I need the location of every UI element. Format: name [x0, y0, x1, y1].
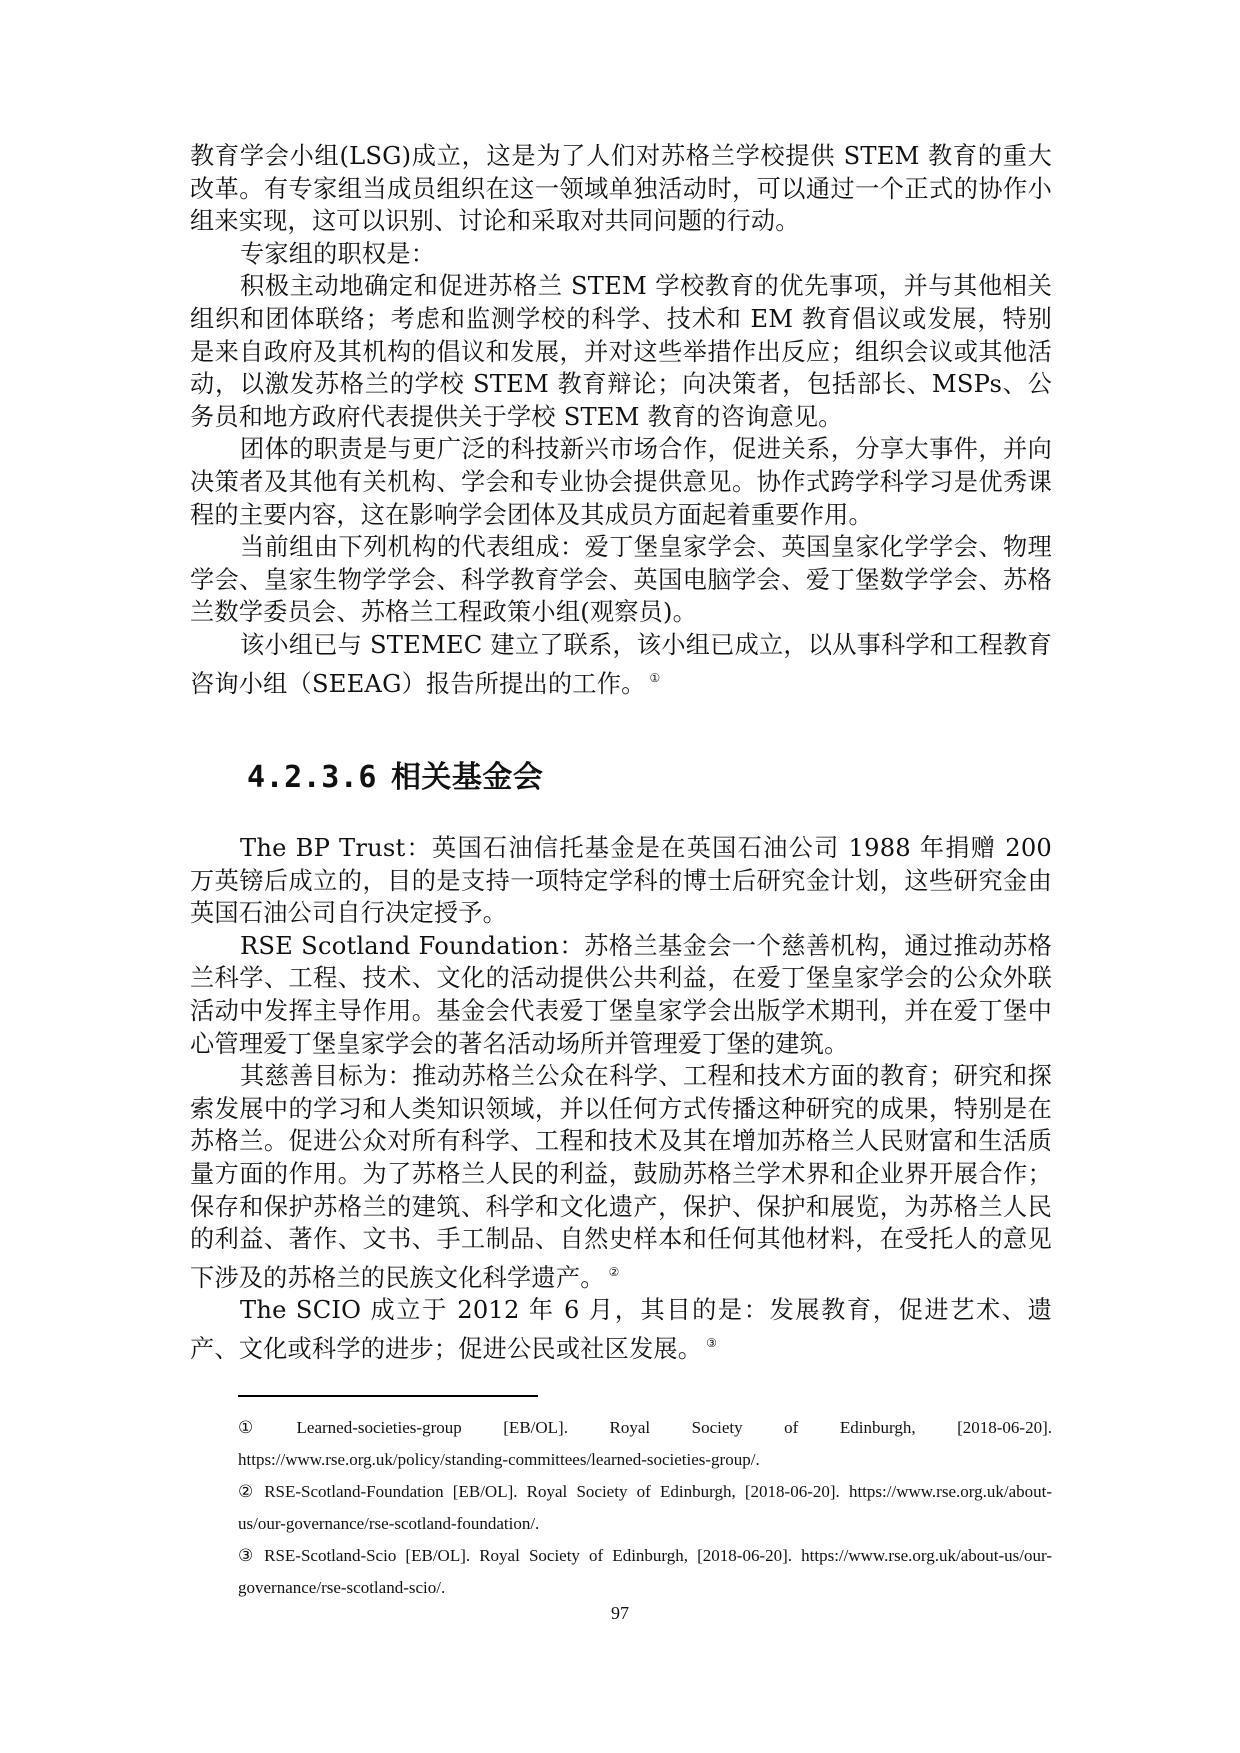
heading-title: 相关基金会 — [391, 760, 544, 795]
footnote-text: Learned-societies-group [EB/OL]. Royal S… — [238, 1418, 1052, 1469]
footnote-mark: ② — [238, 1482, 258, 1501]
footnote-divider — [238, 1395, 538, 1397]
footnotes: ①Learned-societies-group [EB/OL]. Royal … — [238, 1412, 1052, 1604]
foundations-section: The BP Trust：英国石油信托基金是在英国石油公司 1988 年捐赠 2… — [190, 832, 1052, 1366]
footnote-text: RSE-Scotland-Foundation [EB/OL]. Royal S… — [238, 1482, 1052, 1533]
section-heading: 4.2.3.6相关基金会 — [247, 752, 543, 796]
footnote-ref[interactable]: ① — [650, 671, 661, 685]
paragraph: The BP Trust：英国石油信托基金是在英国石油公司 1988 年捐赠 2… — [190, 832, 1052, 930]
footnote-mark: ① — [238, 1418, 291, 1437]
paragraph: RSE Scotland Foundation：苏格兰基金会一个慈善机构，通过推… — [190, 930, 1052, 1060]
footnote-ref[interactable]: ③ — [706, 1336, 717, 1350]
footnote-item: ③RSE-Scotland-Scio [EB/OL]. Royal Societ… — [238, 1540, 1052, 1604]
page-number: 97 — [0, 1603, 1240, 1624]
footnote-mark: ③ — [238, 1546, 258, 1565]
top-section: 教育学会小组(LSG)成立，这是为了人们对苏格兰学校提供 STEM 教育的重大改… — [190, 140, 1052, 700]
paragraph: 该小组已与 STEMEC 建立了联系，该小组已成立，以从事科学和工程教育咨询小组… — [190, 629, 1052, 700]
paragraph-text: The SCIO 成立于 2012 年 6 月，其目的是：发展教育，促进艺术、遗… — [190, 1296, 1052, 1363]
paragraph: 积极主动地确定和促进苏格兰 STEM 学校教育的优先事项，并与其他相关组织和团体… — [190, 270, 1052, 433]
footnote-text: RSE-Scotland-Scio [EB/OL]. Royal Society… — [238, 1546, 1052, 1597]
paragraph-text: 其慈善目标为：推动苏格兰公众在科学、工程和技术方面的教育；研究和探索发展中的学习… — [190, 1062, 1052, 1292]
paragraph-text: 该小组已与 STEMEC 建立了联系，该小组已成立，以从事科学和工程教育咨询小组… — [190, 631, 1052, 698]
paragraph: 团体的职责是与更广泛的科技新兴市场合作，促进关系，分享大事件，并向决策者及其他有… — [190, 433, 1052, 531]
paragraph: 专家组的职权是： — [190, 238, 1052, 271]
footnote-ref[interactable]: ② — [609, 1265, 620, 1279]
footnote-item: ①Learned-societies-group [EB/OL]. Royal … — [238, 1412, 1052, 1476]
heading-number: 4.2.3.6 — [247, 760, 377, 795]
paragraph: 其慈善目标为：推动苏格兰公众在科学、工程和技术方面的教育；研究和探索发展中的学习… — [190, 1060, 1052, 1294]
footnote-item: ②RSE-Scotland-Foundation [EB/OL]. Royal … — [238, 1476, 1052, 1540]
paragraph: The SCIO 成立于 2012 年 6 月，其目的是：发展教育，促进艺术、遗… — [190, 1294, 1052, 1365]
paragraph: 教育学会小组(LSG)成立，这是为了人们对苏格兰学校提供 STEM 教育的重大改… — [190, 140, 1052, 238]
paragraph: 当前组由下列机构的代表组成：爱丁堡皇家学会、英国皇家化学学会、物理学会、皇家生物… — [190, 531, 1052, 629]
